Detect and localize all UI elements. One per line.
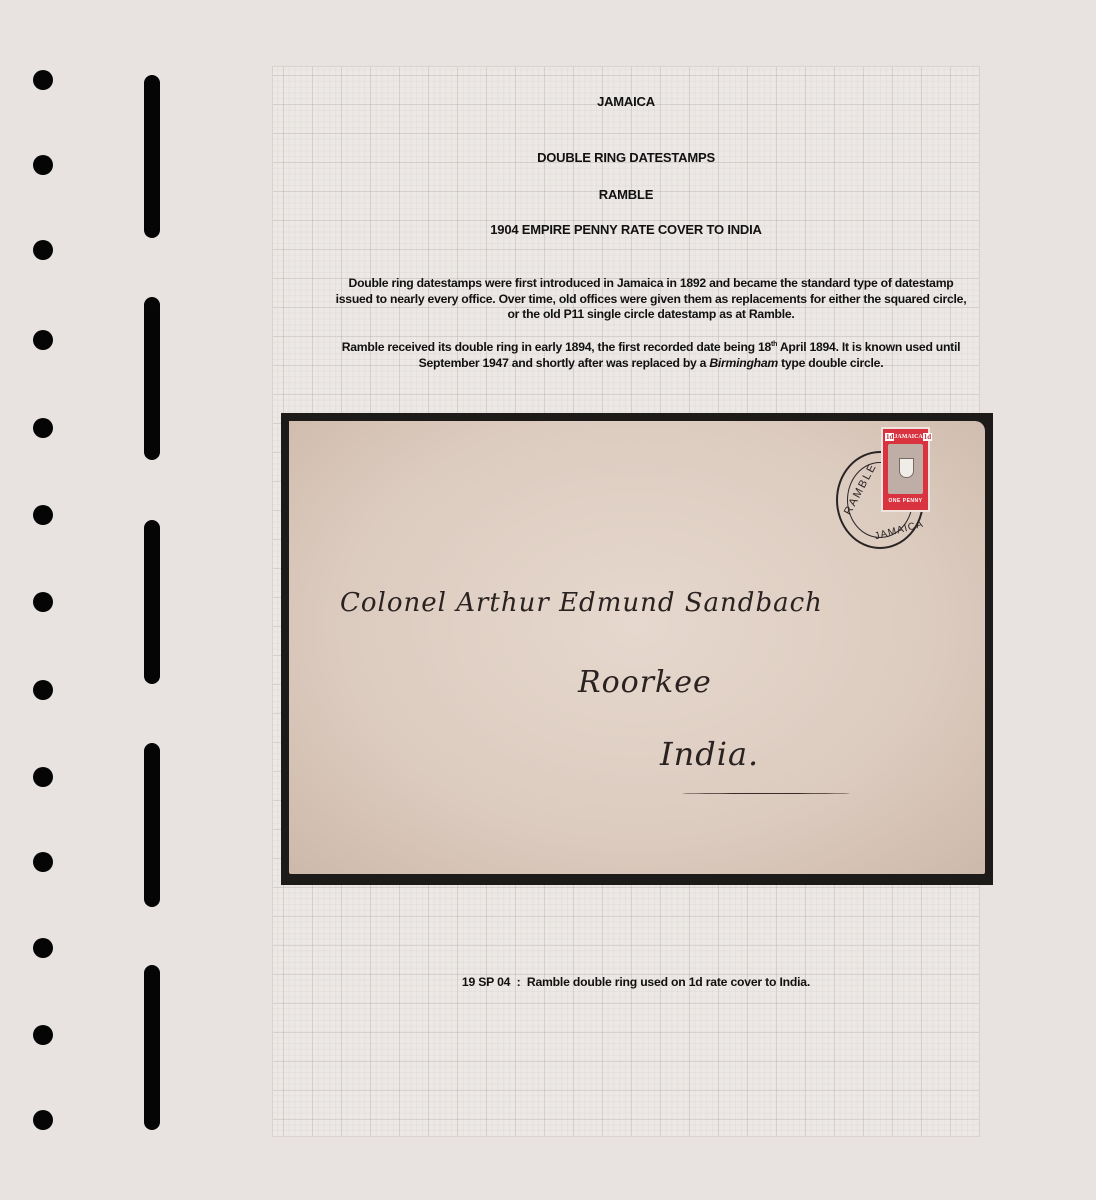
punch-hole (33, 592, 53, 612)
address-line-3: India. (660, 735, 759, 773)
punch-slot (144, 75, 160, 238)
punch-hole (33, 767, 53, 787)
punch-hole (33, 418, 53, 438)
stamp-country: JAMAICA (894, 434, 922, 440)
address-underline (682, 793, 850, 794)
punch-hole (33, 1025, 53, 1045)
punch-hole (33, 852, 53, 872)
office-heading: RAMBLE (273, 187, 979, 202)
caption-text: Ramble double ring used on 1d rate cover… (527, 975, 810, 989)
postage-stamp: 1d JAMAICA 1d ONE PENNY (883, 429, 928, 510)
cover-caption: 19 SP 04 : Ramble double ring used on 1d… (273, 975, 979, 989)
stamp-value-left: 1d (885, 433, 894, 441)
punch-hole (33, 330, 53, 350)
punch-slot (144, 965, 160, 1130)
punch-hole (33, 70, 53, 90)
punch-hole (33, 240, 53, 260)
caption-date: 19 SP 04 (462, 975, 510, 989)
coat-of-arms-icon (888, 444, 923, 494)
intro-paragraph: Double ring datestamps were first introd… (331, 276, 971, 323)
punch-hole (33, 680, 53, 700)
caption-separator: : (517, 975, 521, 989)
punch-hole (33, 155, 53, 175)
history-text-3: type double circle. (778, 356, 883, 370)
history-paragraph: Ramble received its double ring in early… (331, 337, 971, 371)
stamp-denomination: ONE PENNY (886, 497, 925, 506)
punch-slot (144, 297, 160, 460)
shield-icon (899, 458, 914, 478)
punch-hole (33, 505, 53, 525)
stamp-header: 1d JAMAICA 1d (885, 431, 926, 443)
punch-hole (33, 938, 53, 958)
punch-slot (144, 520, 160, 684)
address-line-1: Colonel Arthur Edmund Sandbach (340, 588, 823, 618)
punch-hole (33, 1110, 53, 1130)
section-heading: DOUBLE RING DATESTAMPS (273, 150, 979, 165)
subject-heading: 1904 EMPIRE PENNY RATE COVER TO INDIA (273, 222, 979, 237)
country-heading: JAMAICA (273, 94, 979, 109)
birmingham-italic: Birmingham (709, 356, 778, 370)
punch-slot (144, 743, 160, 907)
address-line-2: Roorkee (578, 665, 712, 700)
history-text-1: Ramble received its double ring in early… (342, 340, 771, 354)
stamp-value-right: 1d (923, 433, 932, 441)
